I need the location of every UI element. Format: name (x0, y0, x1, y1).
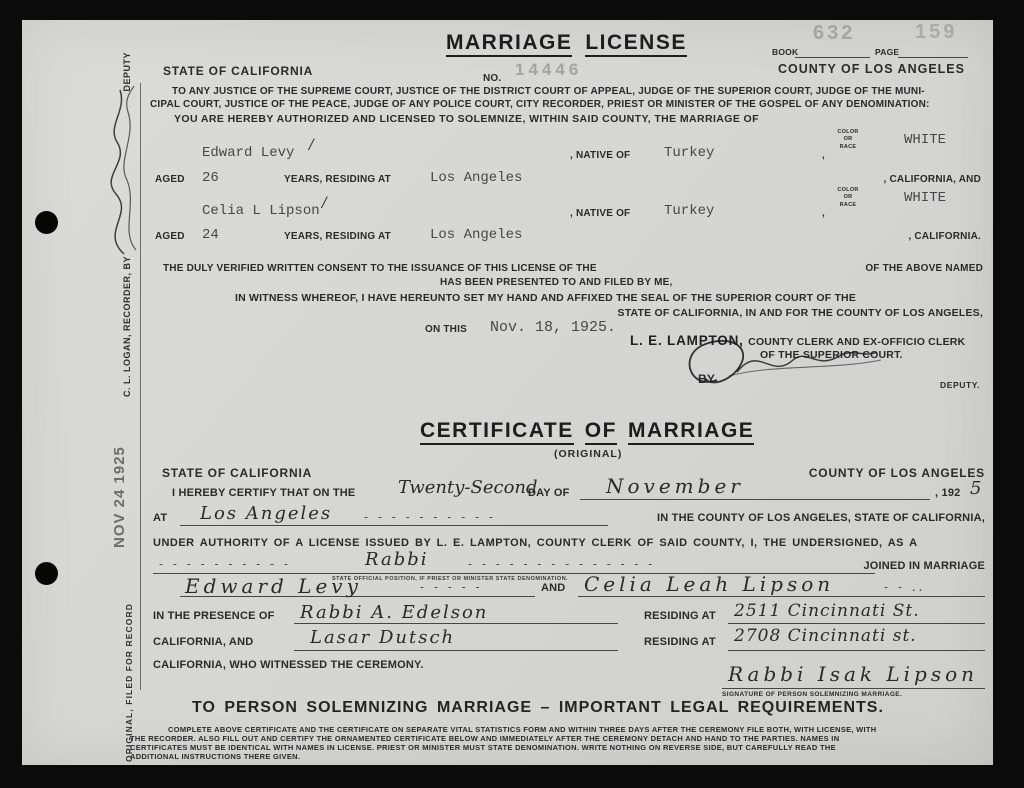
certificate-groom-name: Edward Levy (185, 576, 362, 596)
groom-native-label: , NATIVE OF (570, 150, 630, 162)
groom-residence-suffix: , CALIFORNIA, AND (884, 174, 981, 186)
witness-line1: IN WITNESS WHEREOF, I HAVE HEREUNTO SET … (235, 292, 856, 305)
consent-line-right: OF THE ABOVE NAMED (865, 263, 983, 275)
recorder-label: C. L. LOGAN, RECORDER, BY (123, 256, 132, 397)
license-county-label: COUNTY OF LOS ANGELES (778, 62, 965, 77)
certificate-title-word3: MARRIAGE (628, 420, 754, 445)
groom-race-comma: , (822, 150, 825, 162)
book-number-stamp: 632 (813, 22, 855, 45)
scanned-marriage-license: C. L. LOGAN, RECORDER, BY DEPUTY NOV 24 … (0, 0, 1024, 788)
bride-race-label-1: COLOR (832, 187, 864, 194)
and-label: AND (541, 582, 565, 595)
position-dashes-right: - - - - - - - - - - - - - - (468, 558, 655, 570)
certificate-bride-name: Celia Leah Lipson (584, 574, 834, 594)
city-handwritten: Los Angeles (200, 505, 332, 523)
bride-race-comma: , (822, 208, 825, 220)
page-label: PAGE (875, 47, 899, 57)
consent-line-left: THE DULY VERIFIED WRITTEN CONSENT TO THE… (163, 263, 597, 275)
bride-aged-label: AGED (155, 231, 185, 243)
hole-punch-top (35, 211, 58, 234)
bride-residence-suffix: , CALIFORNIA. (908, 231, 981, 243)
witness1-line (294, 623, 618, 624)
legal-line4: ADDITIONAL INSTRUCTIONS THERE GIVEN. (130, 752, 300, 761)
authority-line: UNDER AUTHORITY OF A LICENSE ISSUED BY L… (153, 537, 918, 550)
solemnizer-signature-line (722, 688, 985, 689)
city-dashes: - - - - - - - - - - (364, 511, 496, 523)
license-no-label: NO. (483, 73, 501, 85)
groom-race-label-3: RACE (832, 144, 864, 151)
witness2-line (294, 650, 618, 651)
document-page: C. L. LOGAN, RECORDER, BY DEPUTY NOV 24 … (22, 20, 993, 765)
legal-line3: CERTIFICATES MUST BE IDENTICAL WITH NAME… (130, 743, 836, 752)
groom-race-label-1: COLOR (832, 129, 864, 136)
signature-caption: SIGNATURE OF PERSON SOLEMNIZING MARRIAGE… (722, 691, 902, 699)
position-handwritten: Rabbi (365, 551, 429, 569)
in-county-line: IN THE COUNTY OF LOS ANGELES, STATE OF C… (657, 512, 985, 525)
groom-name-dashes: - - - - - (420, 581, 483, 593)
position-dashes-left: - - - - - - - - - - (159, 558, 291, 570)
groom-residing-label: YEARS, RESIDING AT (284, 174, 391, 186)
certify-prefix: I HEREBY CERTIFY THAT ON THE (172, 487, 355, 500)
bride-native-typed: Turkey (664, 204, 714, 219)
witness1-address-handwritten: 2511 Cincinnati St. (734, 603, 920, 620)
certificate-title-word1: CERTIFICATE (420, 420, 574, 445)
bride-checkmark: / (322, 196, 329, 210)
bride-residing-label: YEARS, RESIDING AT (284, 231, 391, 243)
bride-race-label-3: RACE (832, 202, 864, 209)
filed-date-stamp: NOV 24 1925 (112, 438, 127, 548)
year-printed: , 192 (935, 487, 960, 500)
bride-race-typed: WHITE (904, 191, 946, 206)
book-line (795, 57, 870, 58)
california-and-label: CALIFORNIA, AND (153, 636, 253, 649)
address1-line (728, 623, 985, 624)
solemnizer-signature: Rabbi Isak Lipson (728, 664, 978, 684)
bride-name-dashes: - - .. (884, 581, 925, 593)
addressee-line1: TO ANY JUSTICE OF THE SUPREME COURT, JUS… (172, 86, 925, 98)
groom-checkmark: / (309, 138, 316, 152)
license-deputy-label: DEPUTY. (940, 380, 980, 390)
witness2-handwritten: Lasar Dutsch (310, 629, 455, 647)
county-clerk-deputy-signature (677, 336, 887, 394)
groom-race-label: COLOR OR RACE (832, 129, 864, 151)
page-number-stamp: 159 (915, 21, 957, 44)
day-of-label: DAY OF (528, 487, 570, 500)
groom-race-typed: WHITE (904, 133, 946, 148)
book-label: BOOK (772, 47, 798, 57)
groom-name-typed: Edward Levy (202, 146, 294, 161)
license-title: MARRIAGELICENSE (446, 32, 700, 57)
recorder-deputy-signature (90, 82, 142, 262)
bride-race-label: COLOR OR RACE (832, 187, 864, 209)
groom-age-typed: 26 (202, 171, 219, 186)
issue-date-typed: Nov. 18, 1925. (490, 320, 616, 337)
consent-line2: HAS BEEN PRESENTED TO AND FILED BY ME, (440, 277, 672, 289)
bride-native-label: , NATIVE OF (570, 208, 630, 220)
certificate-state-label: STATE OF CALIFORNIA (162, 466, 312, 480)
groom-residence-typed: Los Angeles (430, 171, 522, 186)
presence-label: IN THE PRESENCE OF (153, 610, 275, 623)
license-number-stamp: 14446 (515, 60, 582, 80)
witness1-handwritten: Rabbi A. Edelson (300, 604, 488, 622)
certificate-title: CERTIFICATEOFMARRIAGE (420, 420, 754, 445)
day-written-handwritten: Twenty-Second (398, 479, 538, 497)
license-title-word1: MARRIAGE (446, 32, 572, 57)
witness2-address-handwritten: 2708 Cincinnati st. (734, 628, 917, 645)
on-this-label: ON THIS (425, 324, 467, 336)
residing-label1: RESIDING AT (644, 610, 716, 623)
bride-residence-typed: Los Angeles (430, 228, 522, 243)
addressee-line2: CIPAL COURT, JUSTICE OF THE PEACE, JUDGE… (150, 99, 930, 111)
witness-line2: STATE OF CALIFORNIA, IN AND FOR THE COUN… (618, 307, 984, 320)
at-label: AT (153, 512, 167, 525)
filed-for-record-label: ORIGINAL, FILED FOR RECORD (125, 554, 134, 762)
month-handwritten: November (606, 476, 744, 496)
authorization-line: YOU ARE HEREBY AUTHORIZED AND LICENSED T… (174, 113, 759, 126)
license-state-label: STATE OF CALIFORNIA (163, 64, 313, 78)
groom-aged-label: AGED (155, 174, 185, 186)
year-digit-handwritten: 5 (970, 480, 983, 498)
license-title-word2: LICENSE (585, 32, 687, 57)
address2-line (728, 650, 985, 651)
filed-date-stamp-text: NOV 24 1925 (111, 446, 128, 548)
witnessed-line: CALIFORNIA, WHO WITNESSED THE CEREMONY. (153, 659, 424, 672)
certificate-title-word2: OF (585, 420, 617, 445)
city-line (180, 525, 608, 526)
page-line (898, 57, 968, 58)
bride-name-typed: Celia L Lipson (202, 204, 320, 219)
groom-race-label-2: OR (832, 136, 864, 143)
joined-label: JOINED IN MARRIAGE (863, 560, 985, 573)
residing-label2: RESIDING AT (644, 636, 716, 649)
groom-native-typed: Turkey (664, 146, 714, 161)
legal-line2: THE RECORDER. ALSO FILL OUT AND CERTIFY … (130, 734, 839, 743)
bride-race-label-2: OR (832, 194, 864, 201)
bride-age-typed: 24 (202, 228, 219, 243)
bride-name-line (578, 596, 985, 597)
legal-heading: TO PERSON SOLEMNIZING MARRIAGE – IMPORTA… (192, 700, 884, 716)
certificate-subtitle: (ORIGINAL) (554, 448, 622, 461)
hole-punch-bottom (35, 562, 58, 585)
certificate-county-label: COUNTY OF LOS ANGELES (809, 466, 985, 480)
legal-line1: COMPLETE ABOVE CERTIFICATE AND THE CERTI… (168, 725, 877, 734)
month-line (580, 499, 930, 500)
